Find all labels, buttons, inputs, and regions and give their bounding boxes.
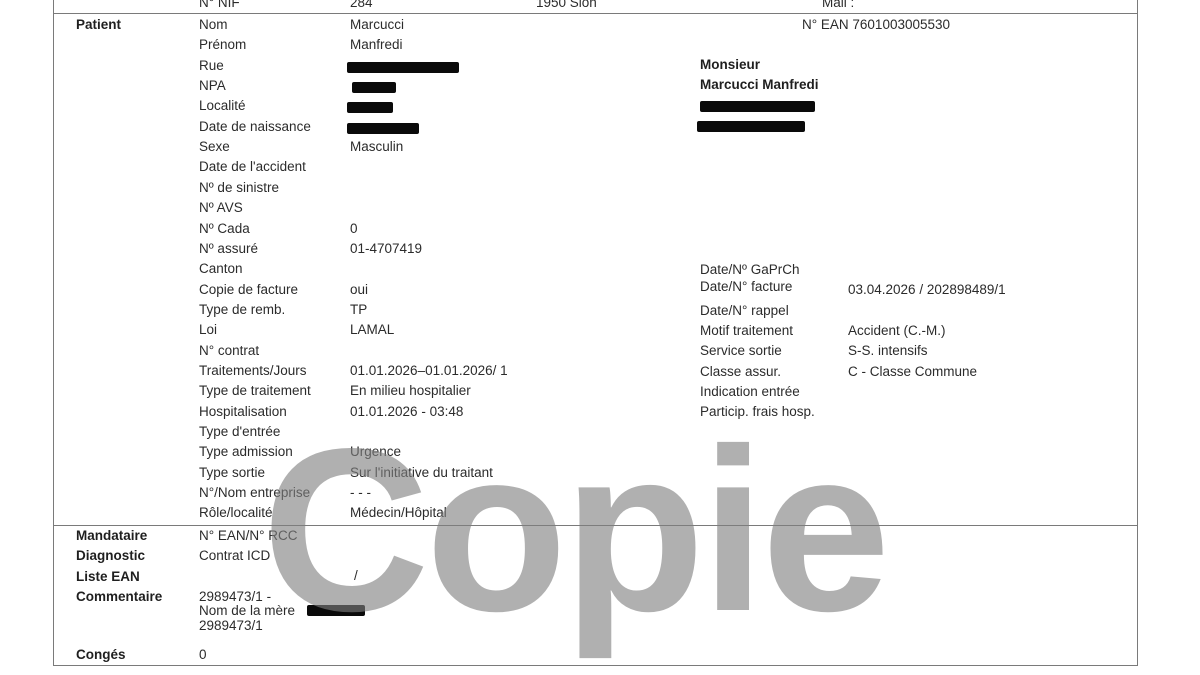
patient-field-value: 0 xyxy=(350,221,358,237)
patient-field-label: Type de traitement xyxy=(199,383,311,399)
redacted-address-line2 xyxy=(697,121,805,132)
liste-ean-value: / xyxy=(354,568,358,584)
patient-field-value: Masculin xyxy=(350,139,403,155)
patient-field-label: Date de naissance xyxy=(199,119,311,135)
patient-field-label: Prénom xyxy=(199,37,246,53)
recipient-name: Marcucci Manfredi xyxy=(700,77,819,93)
patient-field-value: Manfredi xyxy=(350,37,403,53)
patient-field-value: TP xyxy=(350,302,367,318)
patient-field-label: Nom xyxy=(199,17,228,33)
invoice-field-label: Date/N° facture xyxy=(700,279,792,295)
patient-field-label: Type d'entrée xyxy=(199,424,280,440)
patient-field-label: Loi xyxy=(199,322,217,338)
patient-field-value: Sur l'initiative du traitant xyxy=(350,465,493,481)
patient-field-label: N° contrat xyxy=(199,343,259,359)
commentaire-line3: 2989473/1 xyxy=(199,618,263,634)
patient-field-label: Nº Cada xyxy=(199,221,250,237)
invoice-field-label: Particip. frais hosp. xyxy=(700,404,815,420)
patient-field-value: 01-4707419 xyxy=(350,241,422,257)
patient-field-label: Copie de facture xyxy=(199,282,298,298)
commentaire-line2: Nom de la mère xyxy=(199,603,295,619)
redacted-address-line1 xyxy=(700,101,815,112)
patient-field-label: Hospitalisation xyxy=(199,404,287,420)
diagnostic-value: Contrat ICD xyxy=(199,548,270,564)
patient-section-label: Patient xyxy=(76,17,121,33)
diagnostic-label: Diagnostic xyxy=(76,548,145,564)
invoice-field-label: Service sortie xyxy=(700,343,782,359)
patient-field-label: Rôle/localité xyxy=(199,505,273,521)
liste-ean-label: Liste EAN xyxy=(76,569,140,585)
nif-label: N° NIF xyxy=(199,0,240,11)
patient-field-label: Traitements/Jours xyxy=(199,363,307,379)
ean-number: N° EAN 7601003005530 xyxy=(802,17,950,33)
patient-field-value: 01.01.2026–01.01.2026/ 1 xyxy=(350,363,508,379)
conges-value: 0 xyxy=(199,647,207,663)
commentaire-label: Commentaire xyxy=(76,589,162,605)
patient-field-value: En milieu hospitalier xyxy=(350,383,471,399)
invoice-field-label: Motif traitement xyxy=(700,323,793,339)
patient-field-label: NPA xyxy=(199,78,226,94)
invoice-field-label: Date/Nº GaPrCh xyxy=(700,262,799,278)
patient-field-label: Nº de sinistre xyxy=(199,180,279,196)
patient-field-label: Localité xyxy=(199,98,246,114)
patient-field-label: Type sortie xyxy=(199,465,265,481)
patient-field-label: Type de remb. xyxy=(199,302,285,318)
invoice-field-label: Indication entrée xyxy=(700,384,800,400)
patient-field-label: Sexe xyxy=(199,139,230,155)
patient-field-value: Urgence xyxy=(350,444,401,460)
patient-field-label: Canton xyxy=(199,261,243,277)
patient-field-value: 01.01.2026 - 03:48 xyxy=(350,404,463,420)
invoice-field-value: S-S. intensifs xyxy=(848,343,928,359)
header-city: 1950 Sion xyxy=(536,0,597,11)
patient-field-label: Type admission xyxy=(199,444,293,460)
patient-field-value: Marcucci xyxy=(350,17,404,33)
invoice-field-label: Date/N° rappel xyxy=(700,303,789,319)
invoice-field-label: Classe assur. xyxy=(700,364,781,380)
patient-field-value: - - - xyxy=(350,485,371,501)
mail-label: Mail : xyxy=(822,0,854,11)
redacted-value xyxy=(347,102,393,113)
patient-field-label: Nº assuré xyxy=(199,241,258,257)
patient-field-label: Nº AVS xyxy=(199,200,243,216)
invoice-field-value: 03.04.2026 / 202898489/1 xyxy=(848,282,1006,298)
patient-field-label: Rue xyxy=(199,58,224,74)
patient-field-label: Date de l'accident xyxy=(199,159,306,175)
redacted-mother-name xyxy=(307,605,365,616)
nif-value: 284 xyxy=(350,0,373,11)
redacted-value xyxy=(347,62,459,73)
patient-field-value: LAMAL xyxy=(350,322,394,338)
mandataire-value: N° EAN/N° RCC xyxy=(199,528,298,544)
recipient-salutation: Monsieur xyxy=(700,57,760,73)
conges-label: Congés xyxy=(76,647,126,663)
invoice-field-value: C - Classe Commune xyxy=(848,364,977,380)
invoice-field-value: Accident (C.-M.) xyxy=(848,323,946,339)
redacted-value xyxy=(352,82,396,93)
patient-field-value: oui xyxy=(350,282,368,298)
mandataire-label: Mandataire xyxy=(76,528,147,544)
redacted-value xyxy=(347,123,419,134)
patient-field-label: N°/Nom entreprise xyxy=(199,485,310,501)
patient-field-value: Médecin/Hôpital xyxy=(350,505,447,521)
